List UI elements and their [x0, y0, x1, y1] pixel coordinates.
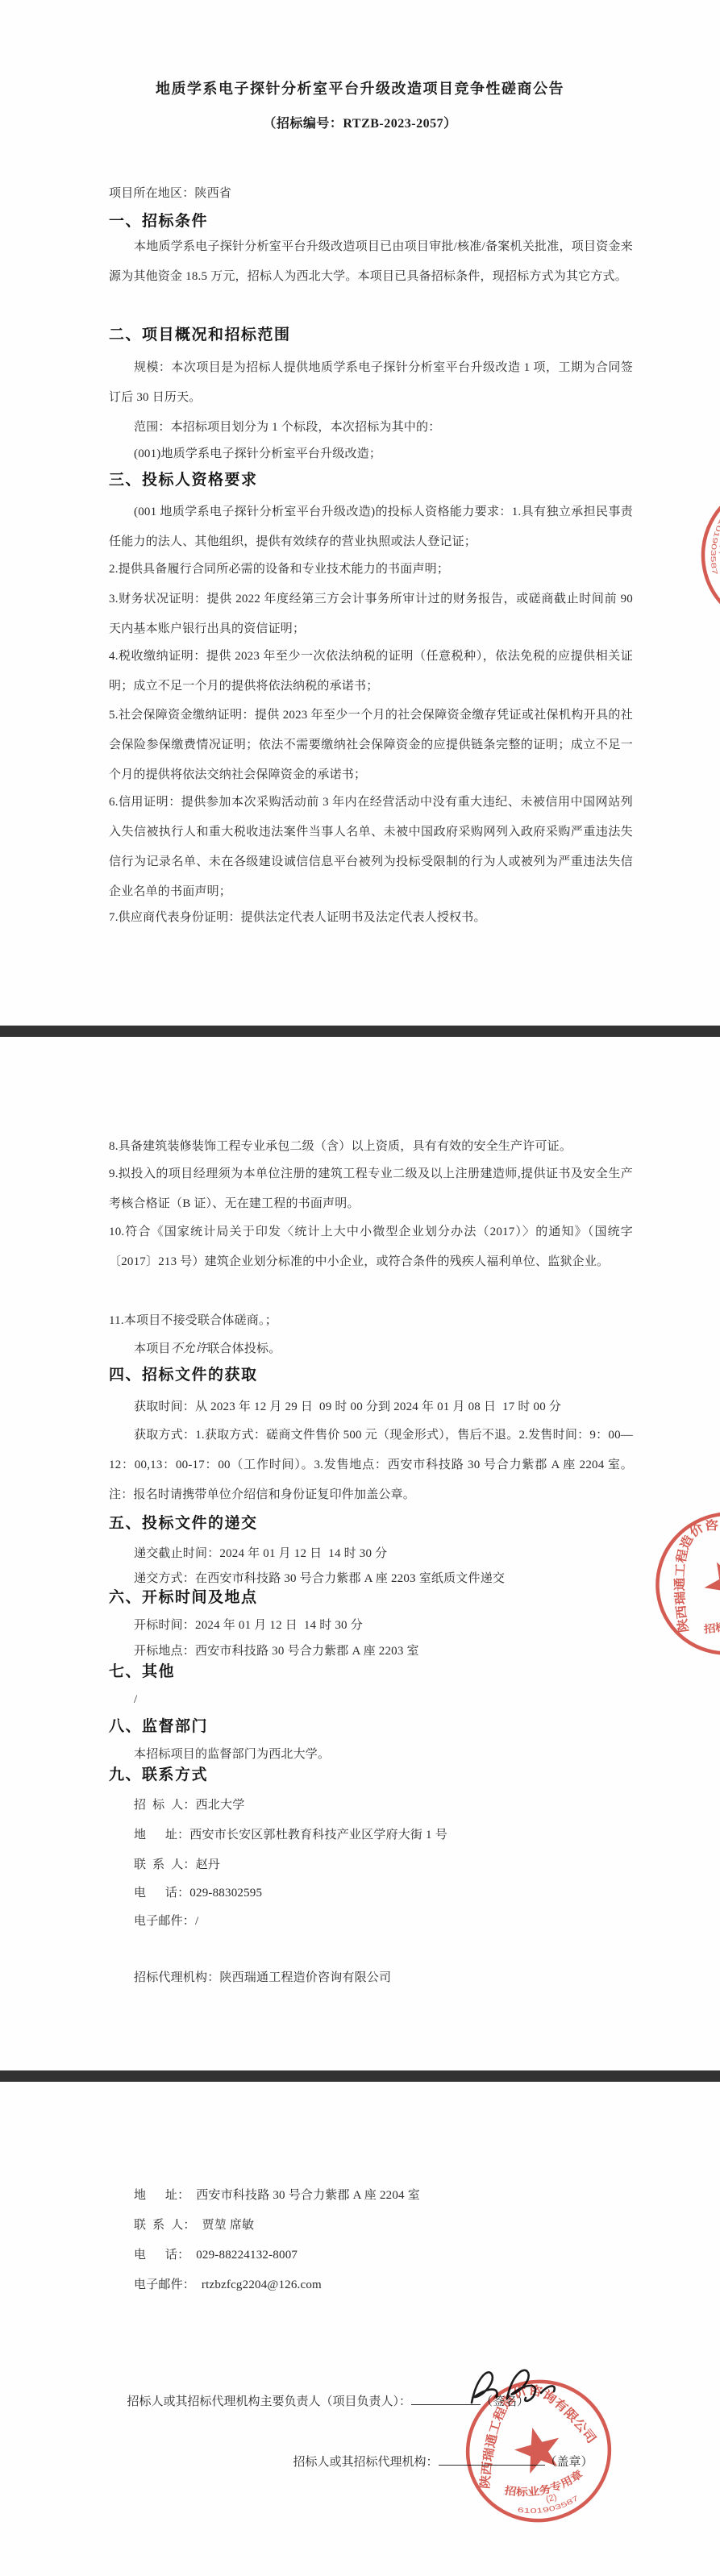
qualification-item-9: 9.拟投入的项目经理须为本单位注册的建筑工程专业二级及以上注册建造师,提供证书及… — [109, 1159, 633, 1219]
page-3: 地 址： 西安市科技路 30 号合力紫郡 A 座 2204 室 联 系 人： 贾… — [0, 2082, 720, 2576]
section-7-heading: 七、其他 — [109, 1659, 175, 1681]
section-5-heading: 五、投标文件的递交 — [109, 1511, 258, 1533]
qualification-item-4: 4.税收缴纳证明：提供 2023 年至少一次依法纳税的证明（任意税种），依法免税… — [109, 642, 633, 701]
seal-number: (2) — [545, 2492, 558, 2504]
contact-bidder-line: 招 标 人：西北大学 — [109, 1791, 633, 1821]
page-1: 地质学系电子探针分析室平台升级改造项目竞争性磋商公告 （招标编号：RTZB-20… — [0, 0, 720, 1026]
qualification-item-2: 2.提供具备履行合同所必需的设备和专业技术能力的书面声明； — [109, 555, 633, 585]
scale-paragraph: 规模：本次项目是为招标人提供地质学系电子探针分析室平台升级改造 1 项，工期为合… — [109, 353, 633, 413]
red-seal-edge-page1: 陕西瑞通工程造价咨询有限公司 招标业务专用章 (2) 6101903587 — [689, 471, 720, 639]
section-9-heading: 九、联系方式 — [109, 1762, 208, 1784]
lot-001-line: (001)地质学系电子探针分析室平台升级改造； — [109, 439, 633, 469]
section-3-heading: 三、投标人资格要求 — [109, 468, 258, 489]
page-separator-2 — [0, 2070, 720, 2082]
qualification-item-10: 10.符合《国家统计局关于印发〈统计上大中小微型企业划分办法（2017）〉的通知… — [109, 1217, 633, 1277]
qualification-item-7: 7.供应商代表身份证明：提供法定代表人证明书及法定代表人授权书。 — [109, 903, 633, 933]
document-title: 地质学系电子探针分析室平台升级改造项目竞争性磋商公告 — [0, 77, 720, 98]
qualification-item-1: (001 地质学系电子探针分析室平台升级改造)的投标人资格能力要求：1.具有独立… — [109, 497, 633, 557]
svg-text:招标业务专用章: 招标业务专用章 — [699, 1587, 720, 1645]
obtain-method-paragraph: 获取方式：1.获取方式：磋商文件售价 500 元（现金形式），售后不退。2.发售… — [109, 1421, 633, 1510]
contact-address-line: 地 址：西安市长安区郭杜教育科技产业区学府大街 1 号 — [109, 1821, 633, 1850]
agency-address-line: 地 址： 西安市科技路 30 号合力紫郡 A 座 2204 室 — [109, 2181, 633, 2211]
contact-person-line: 联 系 人：赵丹 — [109, 1850, 633, 1880]
no-consortium-emphasis: 不允许 — [171, 1342, 208, 1355]
svg-text:6101903587: 6101903587 — [707, 511, 720, 576]
agency-email-line: 电子邮件： rtzbzfcg2204@126.com — [109, 2270, 633, 2300]
project-region: 项目所在地区：陕西省 — [109, 179, 633, 209]
qualification-item-11: 11.本项目不接受联合体磋商。； — [109, 1306, 633, 1336]
scanned-tender-announcement: 地质学系电子探针分析室平台升级改造项目竞争性磋商公告 （招标编号：RTZB-20… — [0, 0, 720, 2576]
tender-number: （招标编号：RTZB-2023-2057） — [0, 113, 720, 131]
no-consortium-post: 联合体投标。 — [207, 1342, 281, 1355]
red-seal-edge-page2: 陕西瑞通工程造价咨询有限公司 招标业务专用章 (2) 6101903587 — [625, 1480, 720, 1688]
page-2: 8.具备建筑装修装饰工程专业承包二级（含）以上资质，具有有效的安全生产许可证。 … — [0, 1037, 720, 2070]
no-consortium-pre: 本项目 — [134, 1342, 171, 1355]
no-consortium-line: 本项目不允许联合体投标。 — [109, 1334, 633, 1364]
seal-serial: 6101903587 — [707, 511, 720, 576]
qualification-item-8: 8.具备建筑装修装饰工程专业承包二级（含）以上资质，具有有效的安全生产许可证。 — [109, 1132, 633, 1162]
qualification-item-5: 5.社会保障资金缴纳证明：提供 2023 年至少一个月的社会保障资金缴存凭证或社… — [109, 701, 633, 790]
svg-text:陕西瑞通工程造价咨询有限公司: 陕西瑞通工程造价咨询有限公司 — [635, 1492, 720, 1638]
section-6-heading: 六、开标时间及地点 — [109, 1585, 258, 1607]
contact-email-line: 电子邮件：/ — [109, 1907, 633, 1937]
contact-phone-line: 电 话：029-88302595 — [109, 1879, 633, 1908]
agency-contact-line: 联 系 人： 贾堃 席敏 — [109, 2211, 633, 2241]
page-separator-1 — [0, 1026, 720, 1037]
section-2-heading: 二、项目概况和招标范围 — [109, 323, 291, 344]
qualification-item-3: 3.财务状况证明：提供 2022 年度经第三方会计事务所审计过的财务报告，或磋商… — [109, 585, 633, 644]
other-line: / — [109, 1685, 633, 1715]
seal-ring-text: 陕西瑞通工程造价咨询有限公司 — [635, 1492, 720, 1638]
agency-phone-line: 电 话： 029-88224132-8007 — [109, 2241, 633, 2270]
agency-line: 招标代理机构：陕西瑞通工程造价咨询有限公司 — [109, 1963, 633, 1993]
range-paragraph: 范围：本招标项目划分为 1 个标段，本次招标为其中的： — [109, 413, 633, 443]
obtain-time-line: 获取时间：从 2023 年 12 月 29 日 09 时 00 分到 2024 … — [109, 1392, 633, 1422]
seal-label: 招标人或其招标代理机构： — [293, 2456, 439, 2469]
opening-place-line: 开标地点：西安市科技路 30 号合力紫郡 A 座 2203 室 — [109, 1637, 633, 1667]
signature-label: 招标人或其招标代理机构主要负责人（项目负责人）： — [127, 2395, 412, 2408]
section-8-heading: 八、监督部门 — [109, 1714, 208, 1736]
seal-inner-text: 招标业务专用章 — [699, 1587, 720, 1645]
section-4-heading: 四、招标文件的获取 — [109, 1363, 258, 1384]
section-1-paragraph: 本地质学系电子探针分析室平台升级改造项目已由项目审批/核准/备案机关批准，项目资… — [109, 232, 633, 292]
qualification-item-6: 6.信用证明：提供参加本次采购活动前 3 年内在经营活动中没有重大违纪、未被信用… — [109, 788, 633, 907]
section-1-heading: 一、招标条件 — [109, 209, 208, 231]
handwritten-signature — [464, 2361, 568, 2428]
